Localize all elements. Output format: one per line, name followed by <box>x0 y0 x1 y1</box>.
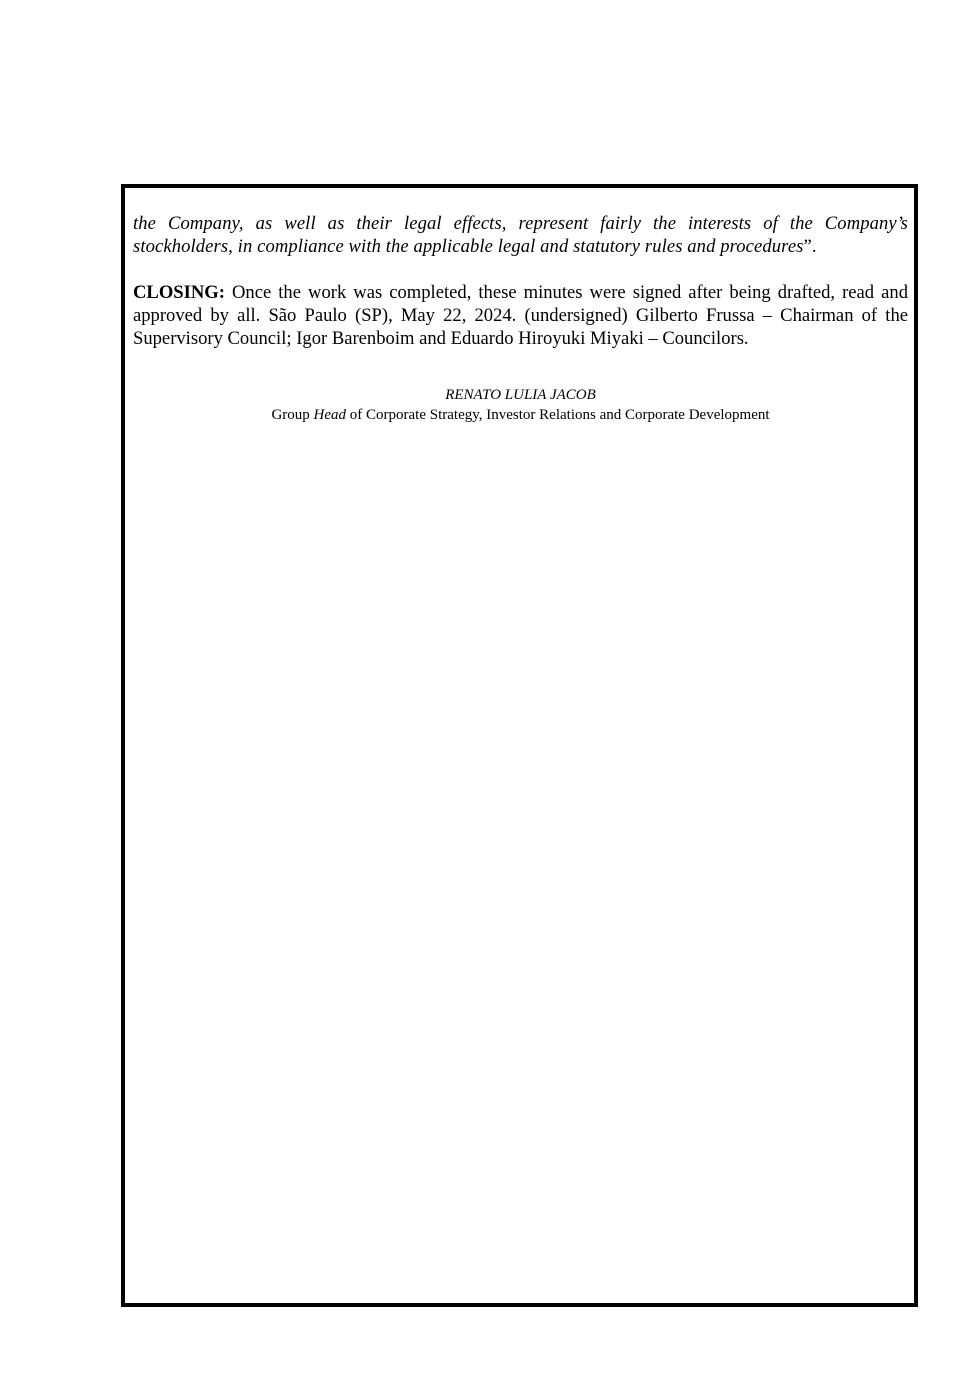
closing-quote-mark: ”. <box>804 236 817 257</box>
signatory-title-italic: Head <box>314 407 347 423</box>
closing-text: Once the work was completed, these minut… <box>133 282 908 349</box>
page-border-frame: the Company, as well as their legal effe… <box>121 184 918 1307</box>
quoted-statement-text: the Company, as well as their legal effe… <box>133 213 908 257</box>
document-body: the Company, as well as their legal effe… <box>133 212 908 425</box>
signatory-title-prefix: Group <box>271 407 313 423</box>
closing-label: CLOSING: <box>133 282 225 303</box>
signature-block: RENATO LULIA JACOB Group Head of Corpora… <box>133 385 908 425</box>
closing-paragraph: CLOSING: Once the work was completed, th… <box>133 281 908 350</box>
signatory-title-suffix: of Corporate Strategy, Investor Relation… <box>346 407 770 423</box>
signatory-name: RENATO LULIA JACOB <box>133 385 908 405</box>
signatory-title: Group Head of Corporate Strategy, Invest… <box>271 407 769 423</box>
quoted-statement-paragraph: the Company, as well as their legal effe… <box>133 212 908 258</box>
